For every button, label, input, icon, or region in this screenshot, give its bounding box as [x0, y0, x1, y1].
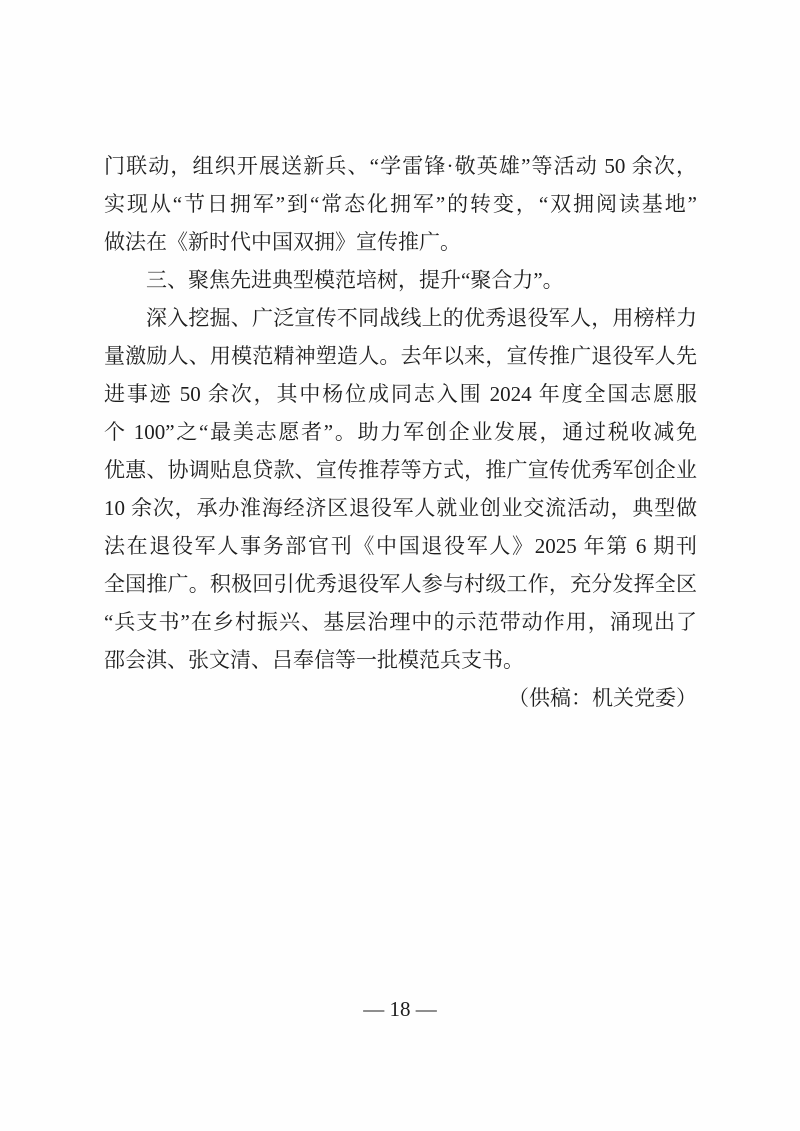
body-line: 法在退役军人事务部官刊《中国退役军人》2025 年第 6 期刊发，	[104, 527, 697, 565]
body-line: 10 余次，承办淮海经济区退役军人就业创业交流活动，典型做	[104, 489, 697, 527]
attribution: （供稿：机关党委）	[104, 679, 697, 717]
body-line: 全国推广。积极回引优秀退役军人参与村级工作，充分发挥全区	[104, 565, 697, 603]
body-line: 邵会淇、张文清、吕奉信等一批模范兵支书。	[104, 641, 697, 679]
document-page: 门联动，组织开展送新兵、“学雷锋·敬英雄”等活动 50 余次， 实现从“节日拥军…	[0, 0, 800, 1131]
body-line: 实现从“节日拥军”到“常态化拥军”的转变，“双拥阅读基地”	[104, 185, 697, 223]
body-line: 门联动，组织开展送新兵、“学雷锋·敬英雄”等活动 50 余次，	[104, 147, 697, 185]
body-line: 进事迹 50 余次，其中杨位成同志入围 2024 年度全国志愿服务“四	[104, 375, 697, 413]
page-number: — 18 —	[0, 995, 800, 1023]
body-line: 深入挖掘、广泛宣传不同战线上的优秀退役军人，用榜样力	[104, 299, 697, 337]
section-heading: 三、聚焦先进典型模范培树，提升“聚合力”。	[104, 261, 697, 299]
body-line: 优惠、协调贴息贷款、宣传推荐等方式，推广宣传优秀军创企业	[104, 451, 697, 489]
body-line: 做法在《新时代中国双拥》宣传推广。	[104, 223, 697, 261]
body-line: 量激励人、用模范精神塑造人。去年以来，宣传推广退役军人先	[104, 337, 697, 375]
page-body: 门联动，组织开展送新兵、“学雷锋·敬英雄”等活动 50 余次， 实现从“节日拥军…	[104, 147, 697, 717]
body-line: “兵支书”在乡村振兴、基层治理中的示范带动作用，涌现出了	[104, 603, 697, 641]
body-line: 个 100”之“最美志愿者”。助力军创企业发展，通过税收减免	[104, 413, 697, 451]
